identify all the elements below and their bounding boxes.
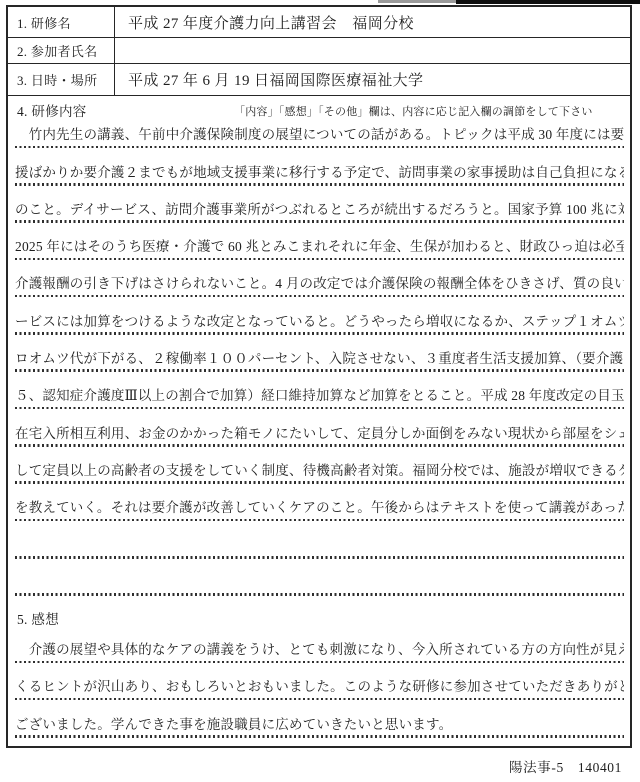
content-line: 竹内先生の講義、午前中介護保険制度の展望についての話がある。トピックは平成 30… bbox=[15, 111, 624, 148]
content-line: 援ばかりか要介護２までもが地域支援事業に移行する予定で、訪問事業の家事援助は自己… bbox=[15, 148, 624, 185]
content-line: ロオムツ代が下がる、２稼働率１００パーセント、入院させない、３重度者生活支援加算… bbox=[15, 335, 624, 372]
content-line: を教えていく。それは要介護が改善していくケアのこと。午後からはテキストを使って講… bbox=[15, 484, 624, 521]
date-place-value: 平成 27 年 6 月 19 日福岡国際医療福祉大学 bbox=[115, 64, 630, 95]
scanned-training-report-page: 1. 研修名 平成 27 年度介護力向上講習会 福岡分校 2. 参加者氏名 3.… bbox=[0, 0, 640, 782]
content-line: して定員以上の高齢者の支援をしていく制度、待機高齢者対策。福岡分校では、施設が増… bbox=[15, 447, 624, 484]
content-line: ービスには加算をつけるような改定となっていると。どうやったら増収になるか、ステッ… bbox=[15, 297, 624, 334]
training-name-value: 平成 27 年度介護力向上講習会 福岡分校 bbox=[115, 7, 630, 37]
report-form-table: 1. 研修名 平成 27 年度介護力向上講習会 福岡分校 2. 参加者氏名 3.… bbox=[6, 5, 632, 748]
participant-name-value bbox=[115, 38, 630, 63]
content-line bbox=[15, 559, 624, 596]
training-name-label: 1. 研修名 bbox=[8, 7, 115, 37]
section5-content-lines: 介護の展望や具体的なケアの講義をうけ、とても刺激になり、今入所されている方の方向… bbox=[8, 626, 630, 738]
scan-artifact-bar-grey bbox=[378, 0, 458, 3]
impression-line: ございました。学んできた事を施設職員に広めていきたいと思います。 bbox=[15, 700, 624, 737]
content-line bbox=[15, 521, 624, 558]
content-line: 在宅入所相互利用、お金のかかった箱モノにたいして、定員分しか面倒をみない現状から… bbox=[15, 409, 624, 446]
form-row-training-name: 1. 研修名 平成 27 年度介護力向上講習会 福岡分校 bbox=[8, 7, 630, 38]
content-line: 2025 年にはそのうち医療・介護で 60 兆とみこまれそれに年金、生保が加わる… bbox=[15, 223, 624, 260]
scan-artifact-bar-black bbox=[456, 0, 640, 4]
impression-line: くるヒントが沢山あり、おもしろいとおもいました。このような研修に参加させていただ… bbox=[15, 663, 624, 700]
participant-name-label: 2. 参加者氏名 bbox=[8, 38, 115, 63]
date-place-label: 3. 日時・場所 bbox=[8, 64, 115, 95]
content-line: のこと。デイサービス、訪問介護事業所がつぶれるところが続出するだろうと。国家予算… bbox=[15, 186, 624, 223]
document-code: 陽法事-5 140401 bbox=[509, 756, 622, 776]
form-row-participant-name: 2. 参加者氏名 bbox=[8, 38, 630, 64]
form-row-date-place: 3. 日時・場所 平成 27 年 6 月 19 日福岡国際医療福祉大学 bbox=[8, 64, 630, 96]
content-line: 介護報酬の引き下げはさけられないこと。4 月の改定では介護保険の報酬全体をひきさ… bbox=[15, 260, 624, 297]
section4-content-lines: 竹内先生の講義、午前中介護保険制度の展望についての話がある。トピックは平成 30… bbox=[8, 111, 630, 596]
section4-header: 4. 研修内容 「内容」「感想」「その他」欄は、内容に応じ記入欄の調節をして下さ… bbox=[8, 96, 630, 111]
impression-line: 介護の展望や具体的なケアの講義をうけ、とても刺激になり、今入所されている方の方向… bbox=[15, 626, 624, 663]
content-line: ５、認知症介護度Ⅲ以上の割合で加算）経口維持加算など加算をとること。平成 28 … bbox=[15, 372, 624, 409]
section5-title: 5. 感想 bbox=[8, 606, 630, 626]
